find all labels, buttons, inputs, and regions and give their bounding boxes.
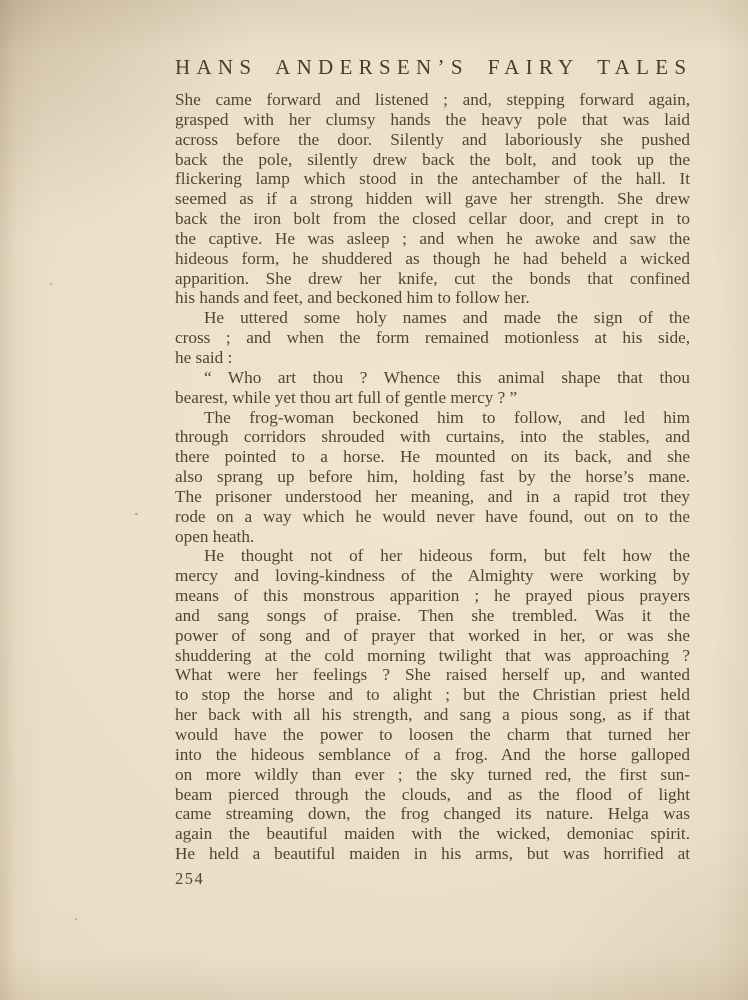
text-line: bearest, while yet thou art full of gent… — [175, 388, 690, 408]
text-line: shuddering at the cold morning twilight … — [175, 646, 690, 666]
text-line: “ Who art thou ? Whence this animal shap… — [175, 368, 690, 388]
text-line: The prisoner understood her meaning, and… — [175, 487, 690, 507]
text-line: She came forward and listened ; and, ste… — [175, 90, 690, 110]
text-line: He held a beautiful maiden in his arms, … — [175, 844, 690, 864]
text-line: his hands and feet, and beckoned him to … — [175, 288, 690, 308]
text-line: mercy and loving-kindness of the Almight… — [175, 566, 690, 586]
text-line: grasped with her clumsy hands the heavy … — [175, 110, 690, 130]
text-line: open heath. — [175, 527, 690, 547]
text-line: The frog-woman beckoned him to follow, a… — [175, 408, 690, 428]
text-line: He uttered some holy names and made the … — [175, 308, 690, 328]
running-head: HANS ANDERSEN’S FAIRY TALES — [175, 55, 690, 80]
text-line: seemed as if a strong hidden will gave h… — [175, 189, 690, 209]
text-column: HANS ANDERSEN’S FAIRY TALES She came for… — [175, 0, 690, 889]
text-line: he said : — [175, 348, 690, 368]
text-line: power of song and of prayer that worked … — [175, 626, 690, 646]
book-page: HANS ANDERSEN’S FAIRY TALES She came for… — [0, 0, 748, 1000]
text-line: apparition. She drew her knife, cut the … — [175, 269, 690, 289]
text-line: flickering lamp which stood in the antec… — [175, 169, 690, 189]
text-line: means of this monstrous apparition ; he … — [175, 586, 690, 606]
text-line: through corridors shrouded with curtains… — [175, 427, 690, 447]
text-line: would have the power to loosen the charm… — [175, 725, 690, 745]
text-line: her back with all his strength, and sang… — [175, 705, 690, 725]
text-line: back the pole, silently drew back the bo… — [175, 150, 690, 170]
paper-speck — [50, 283, 52, 285]
text-line: He thought not of her hideous form, but … — [175, 546, 690, 566]
text-line: rode on a way which he would never have … — [175, 507, 690, 527]
text-line: again the beautiful maiden with the wick… — [175, 824, 690, 844]
text-line: into the hideous semblance of a frog. An… — [175, 745, 690, 765]
text-line: and sang songs of praise. Then she tremb… — [175, 606, 690, 626]
text-line: cross ; and when the form remained motio… — [175, 328, 690, 348]
paper-speck — [75, 918, 77, 920]
text-line: back the iron bolt from the closed cella… — [175, 209, 690, 229]
text-line: beam pierced through the clouds, and as … — [175, 785, 690, 805]
body-text: She came forward and listened ; and, ste… — [175, 90, 690, 864]
text-line: hideous form, he shuddered as though he … — [175, 249, 690, 269]
text-line: there pointed to a horse. He mounted on … — [175, 447, 690, 467]
text-line: to stop the horse and to alight ; but th… — [175, 685, 690, 705]
text-line: also sprang up before him, holding fast … — [175, 467, 690, 487]
paper-speck — [135, 513, 138, 515]
text-line: the captive. He was asleep ; and when he… — [175, 229, 690, 249]
text-line: on more wildly than ever ; the sky turne… — [175, 765, 690, 785]
text-line: What were her feelings ? She raised hers… — [175, 665, 690, 685]
page-number: 254 — [175, 869, 690, 889]
text-line: across before the door. Silently and lab… — [175, 130, 690, 150]
text-line: came streaming down, the frog changed it… — [175, 804, 690, 824]
